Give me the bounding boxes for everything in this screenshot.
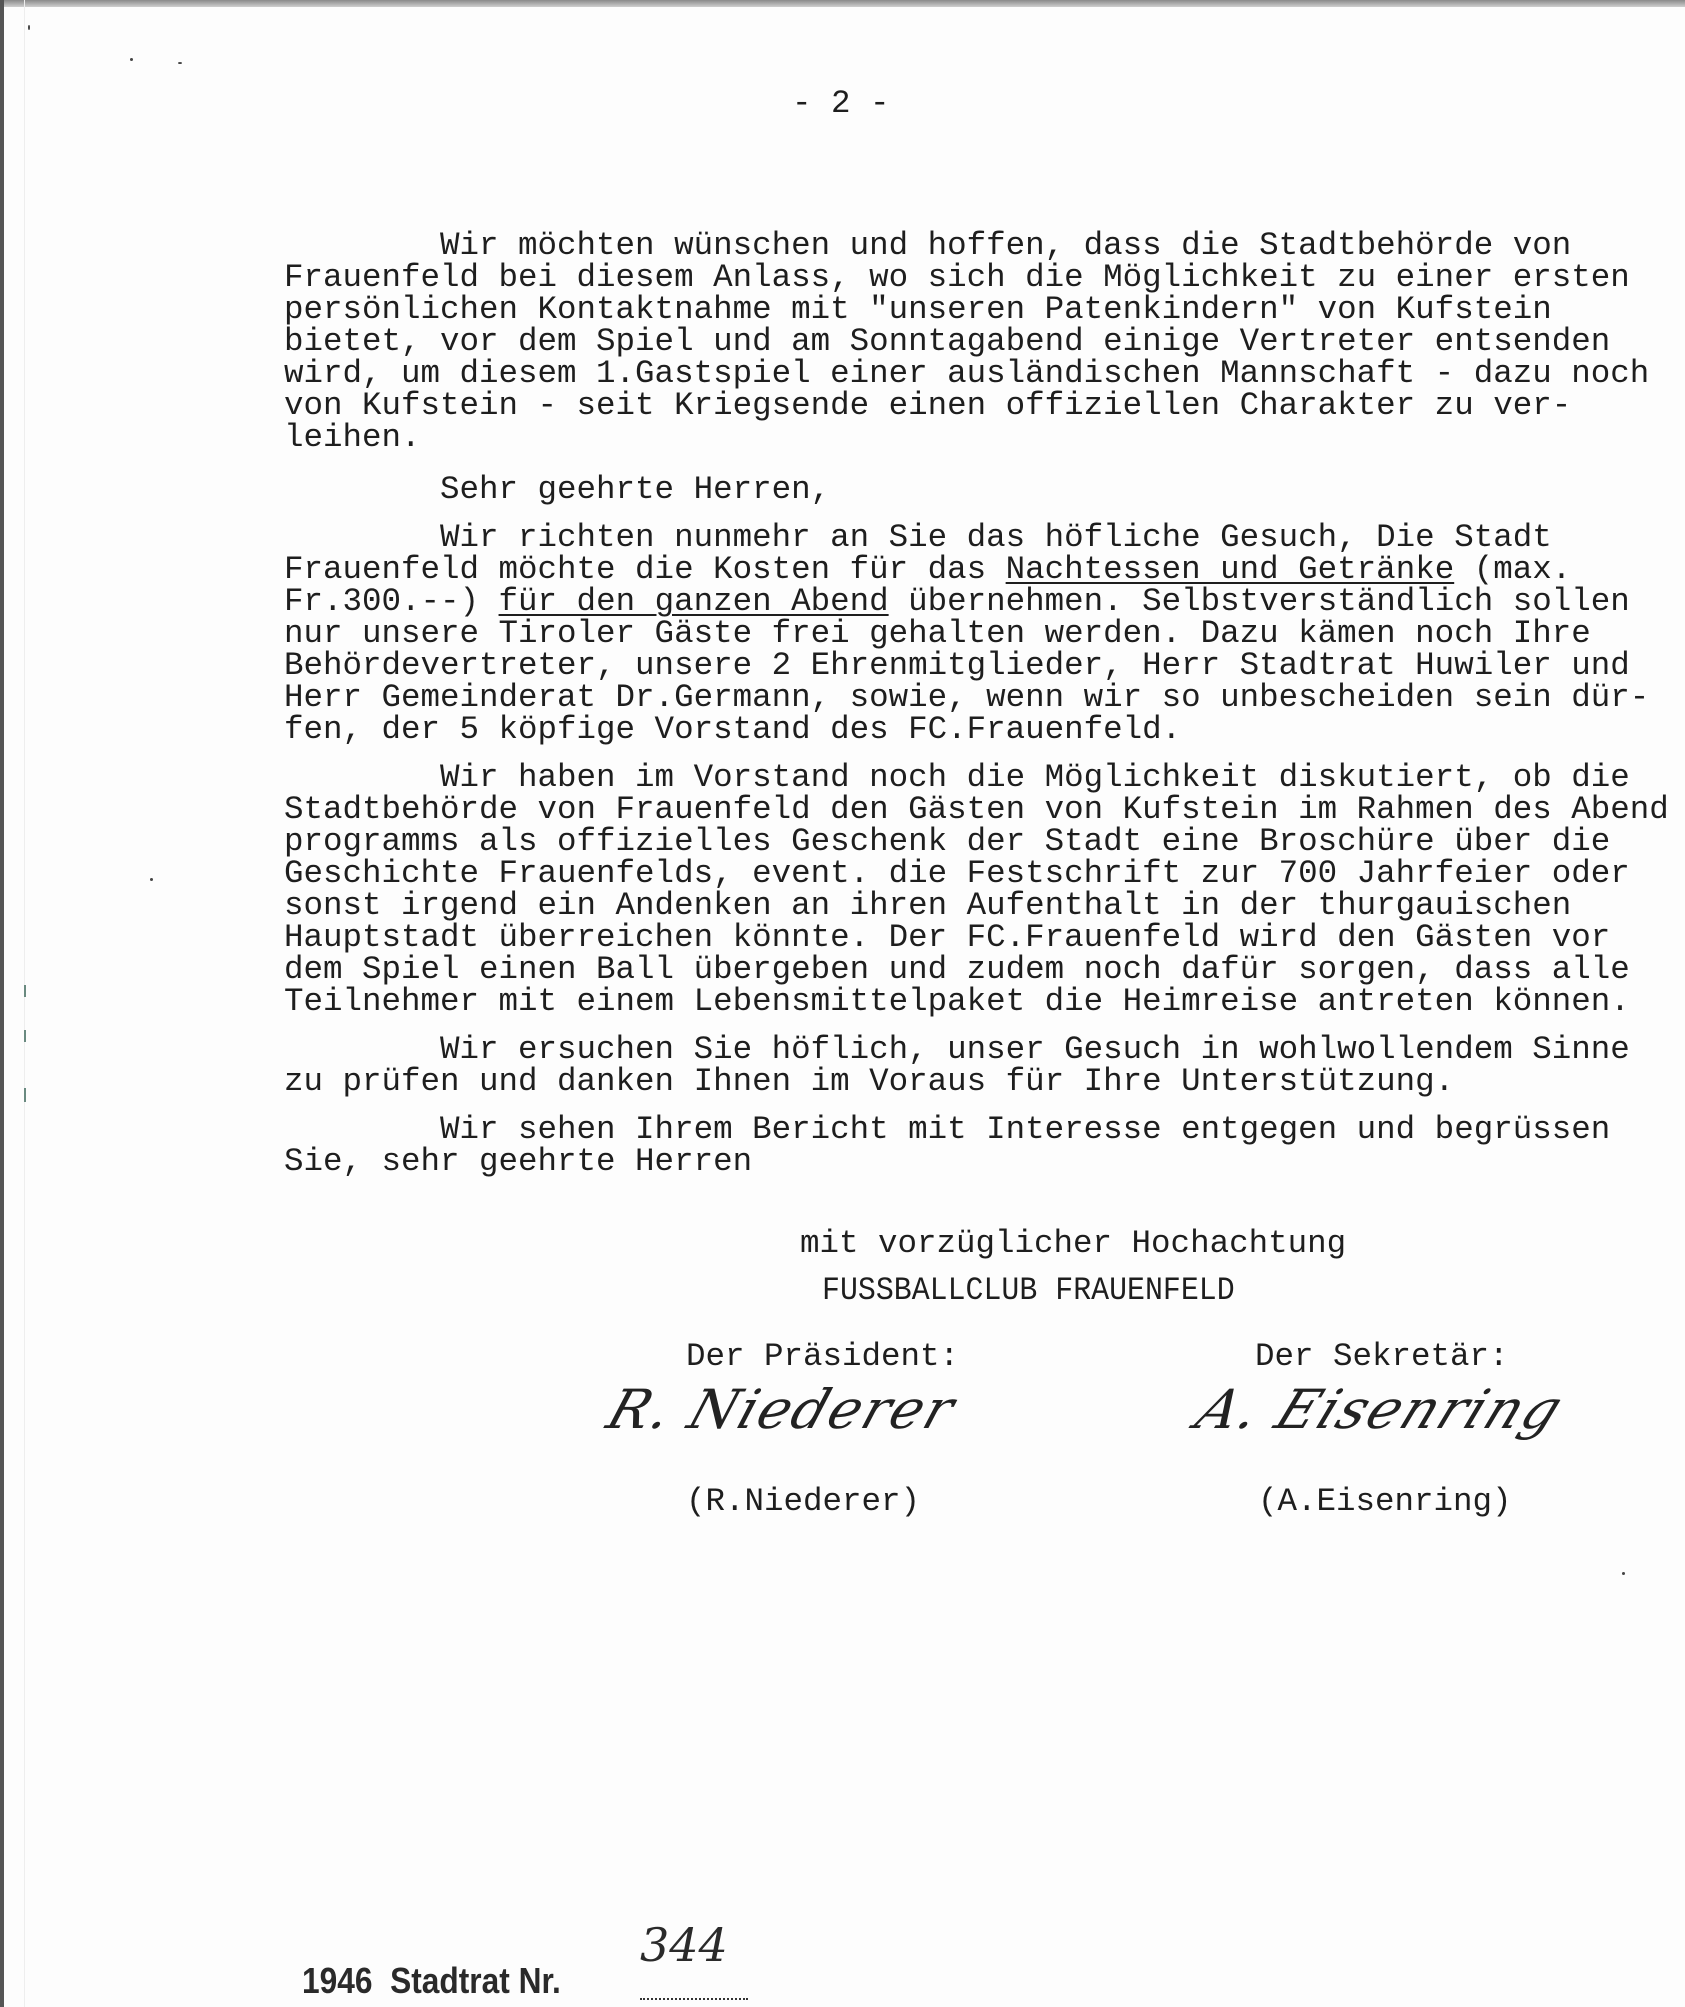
text-line: Teilnehmer mit einem Lebensmittelpaket d… [284,986,1684,1018]
secretary-name: (A.Eisenring) [1258,1483,1512,1520]
text-line: Stadtbehörde von Frauenfeld den Gästen v… [284,794,1684,826]
text-segment: Sie, sehr geehrte Herren [284,1143,752,1180]
scan-top-edge [0,0,1685,7]
scan-speck [150,878,153,881]
president-role: Der Präsident: [686,1338,959,1375]
letter-body: Wir möchten wünschen und hoffen, dass di… [284,230,1684,1178]
text-line: bietet, vor dem Spiel und am Sonntagaben… [284,326,1684,358]
scan-speck [1622,1572,1625,1575]
scan-speck [130,58,133,61]
text-line: Sehr geehrte Herren, [284,474,1684,506]
text-line: Fr.300.--) für den ganzen Abend übernehm… [284,586,1684,618]
text-line: Herr Gemeinderat Dr.Germann, sowie, wenn… [284,682,1684,714]
text-line: Frauenfeld bei diesem Anlass, wo sich di… [284,262,1684,294]
document-page: - 2 - Wir möchten wünschen und hoffen, d… [0,0,1685,2007]
text-line: programms als offizielles Geschenk der S… [284,826,1684,858]
text-line: sonst irgend ein Andenken an ihren Aufen… [284,890,1684,922]
text-segment: zu prüfen und danken Ihnen im Voraus für… [284,1063,1454,1100]
scan-speck [28,25,30,30]
text-line: Sie, sehr geehrte Herren [284,1146,1684,1178]
text-line: Wir möchten wünschen und hoffen, dass di… [284,230,1684,262]
text-segment: fen, der 5 köpfige Vorstand des FC.Fraue… [284,711,1181,748]
secretary-role: Der Sekretär: [1255,1338,1509,1375]
scan-mark [24,1030,26,1042]
text-line: zu prüfen und danken Ihnen im Voraus für… [284,1066,1684,1098]
closing-salutation: mit vorzüglicher Hochachtung [800,1225,1346,1262]
text-line: Hauptstadt überreichen könnte. Der FC.Fr… [284,922,1684,954]
scan-left-edge [0,0,4,2007]
text-line: fen, der 5 köpfige Vorstand des FC.Fraue… [284,714,1684,746]
text-segment: von Kufstein - seit Kriegsende einen off… [284,387,1571,424]
secretary-signature: A. Eisenring [1187,1378,1573,1441]
text-line: wird, um diesem 1.Gastspiel einer auslän… [284,358,1684,390]
text-segment: Sehr geehrte Herren, [284,471,830,508]
text-line: persönlichen Kontaktnahme mit "unseren P… [284,294,1684,326]
text-line: leihen. [284,422,1684,454]
text-line: nur unsere Tiroler Gäste frei gehalten w… [284,618,1684,650]
registry-number-dotted-line [640,1998,748,2000]
text-segment: leihen. [284,419,421,456]
text-line: Wir haben im Vorstand noch die Möglichke… [284,762,1684,794]
text-line: dem Spiel einen Ball übergeben und zudem… [284,954,1684,986]
text-line: Wir sehen Ihrem Bericht mit Interesse en… [284,1114,1684,1146]
closing-organization: FUSSBALLCLUB FRAUENFELD [822,1272,1235,1309]
text-line: von Kufstein - seit Kriegsende einen off… [284,390,1684,422]
text-line: Wir richten nunmehr an Sie das höfliche … [284,522,1684,554]
text-segment: Teilnehmer mit einem Lebensmittelpaket d… [284,983,1630,1020]
registry-stamp: 1946 Stadtrat Nr. [302,1960,561,2002]
scan-mark [24,985,26,997]
text-line: Wir ersuchen Sie höflich, unser Gesuch i… [284,1034,1684,1066]
registry-number-handwritten: 344 [640,1918,728,1972]
scan-speck [178,62,182,64]
page-number: - 2 - [792,85,890,122]
text-line: Geschichte Frauenfelds, event. die Fests… [284,858,1684,890]
president-name: (R.Niederer) [686,1483,920,1520]
scan-left-margin-line [24,0,25,2007]
text-line: Frauenfeld möchte die Kosten für das Nac… [284,554,1684,586]
president-signature: R. Niederer [600,1378,964,1441]
scan-mark [24,1088,26,1102]
text-line: Behördevertreter, unsere 2 Ehrenmitglied… [284,650,1684,682]
